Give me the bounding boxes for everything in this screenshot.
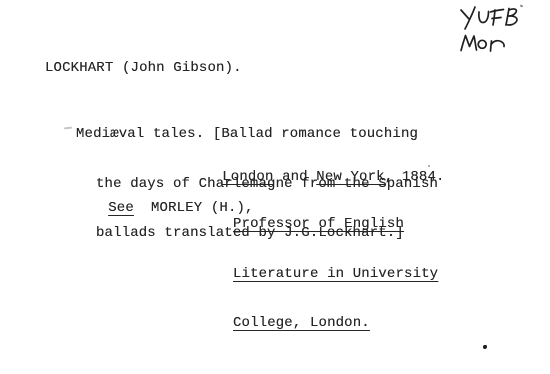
referenced-title-block: Professor of English Literature in Unive…	[233, 183, 438, 365]
referenced-title-line-1: Professor of English	[233, 216, 438, 233]
handwritten-shelfmark: YUFB Mor	[445, 2, 535, 68]
handwritten-line-1: YUFB	[461, 7, 517, 29]
scan-artifact-speck	[483, 345, 487, 349]
see-label: See	[108, 200, 134, 216]
see-reference: See MORLEY (H.),	[74, 183, 254, 233]
see-spacer	[134, 200, 151, 216]
catalog-card: YUFB Mor LOCKHART (John Gibson).	[0, 0, 550, 374]
scan-artifact-dash	[64, 127, 72, 130]
scan-artifact-dot	[428, 165, 430, 167]
main-entry-heading: LOCKHART (John Gibson).	[45, 60, 242, 77]
title-line-1: Mediæval tales. [Ballad romance touching	[76, 126, 438, 143]
handwritten-line-2: Mor	[461, 36, 504, 52]
referenced-title-line-3: College, London.	[233, 315, 438, 332]
referenced-title-line-2: Literature in University	[233, 266, 438, 283]
